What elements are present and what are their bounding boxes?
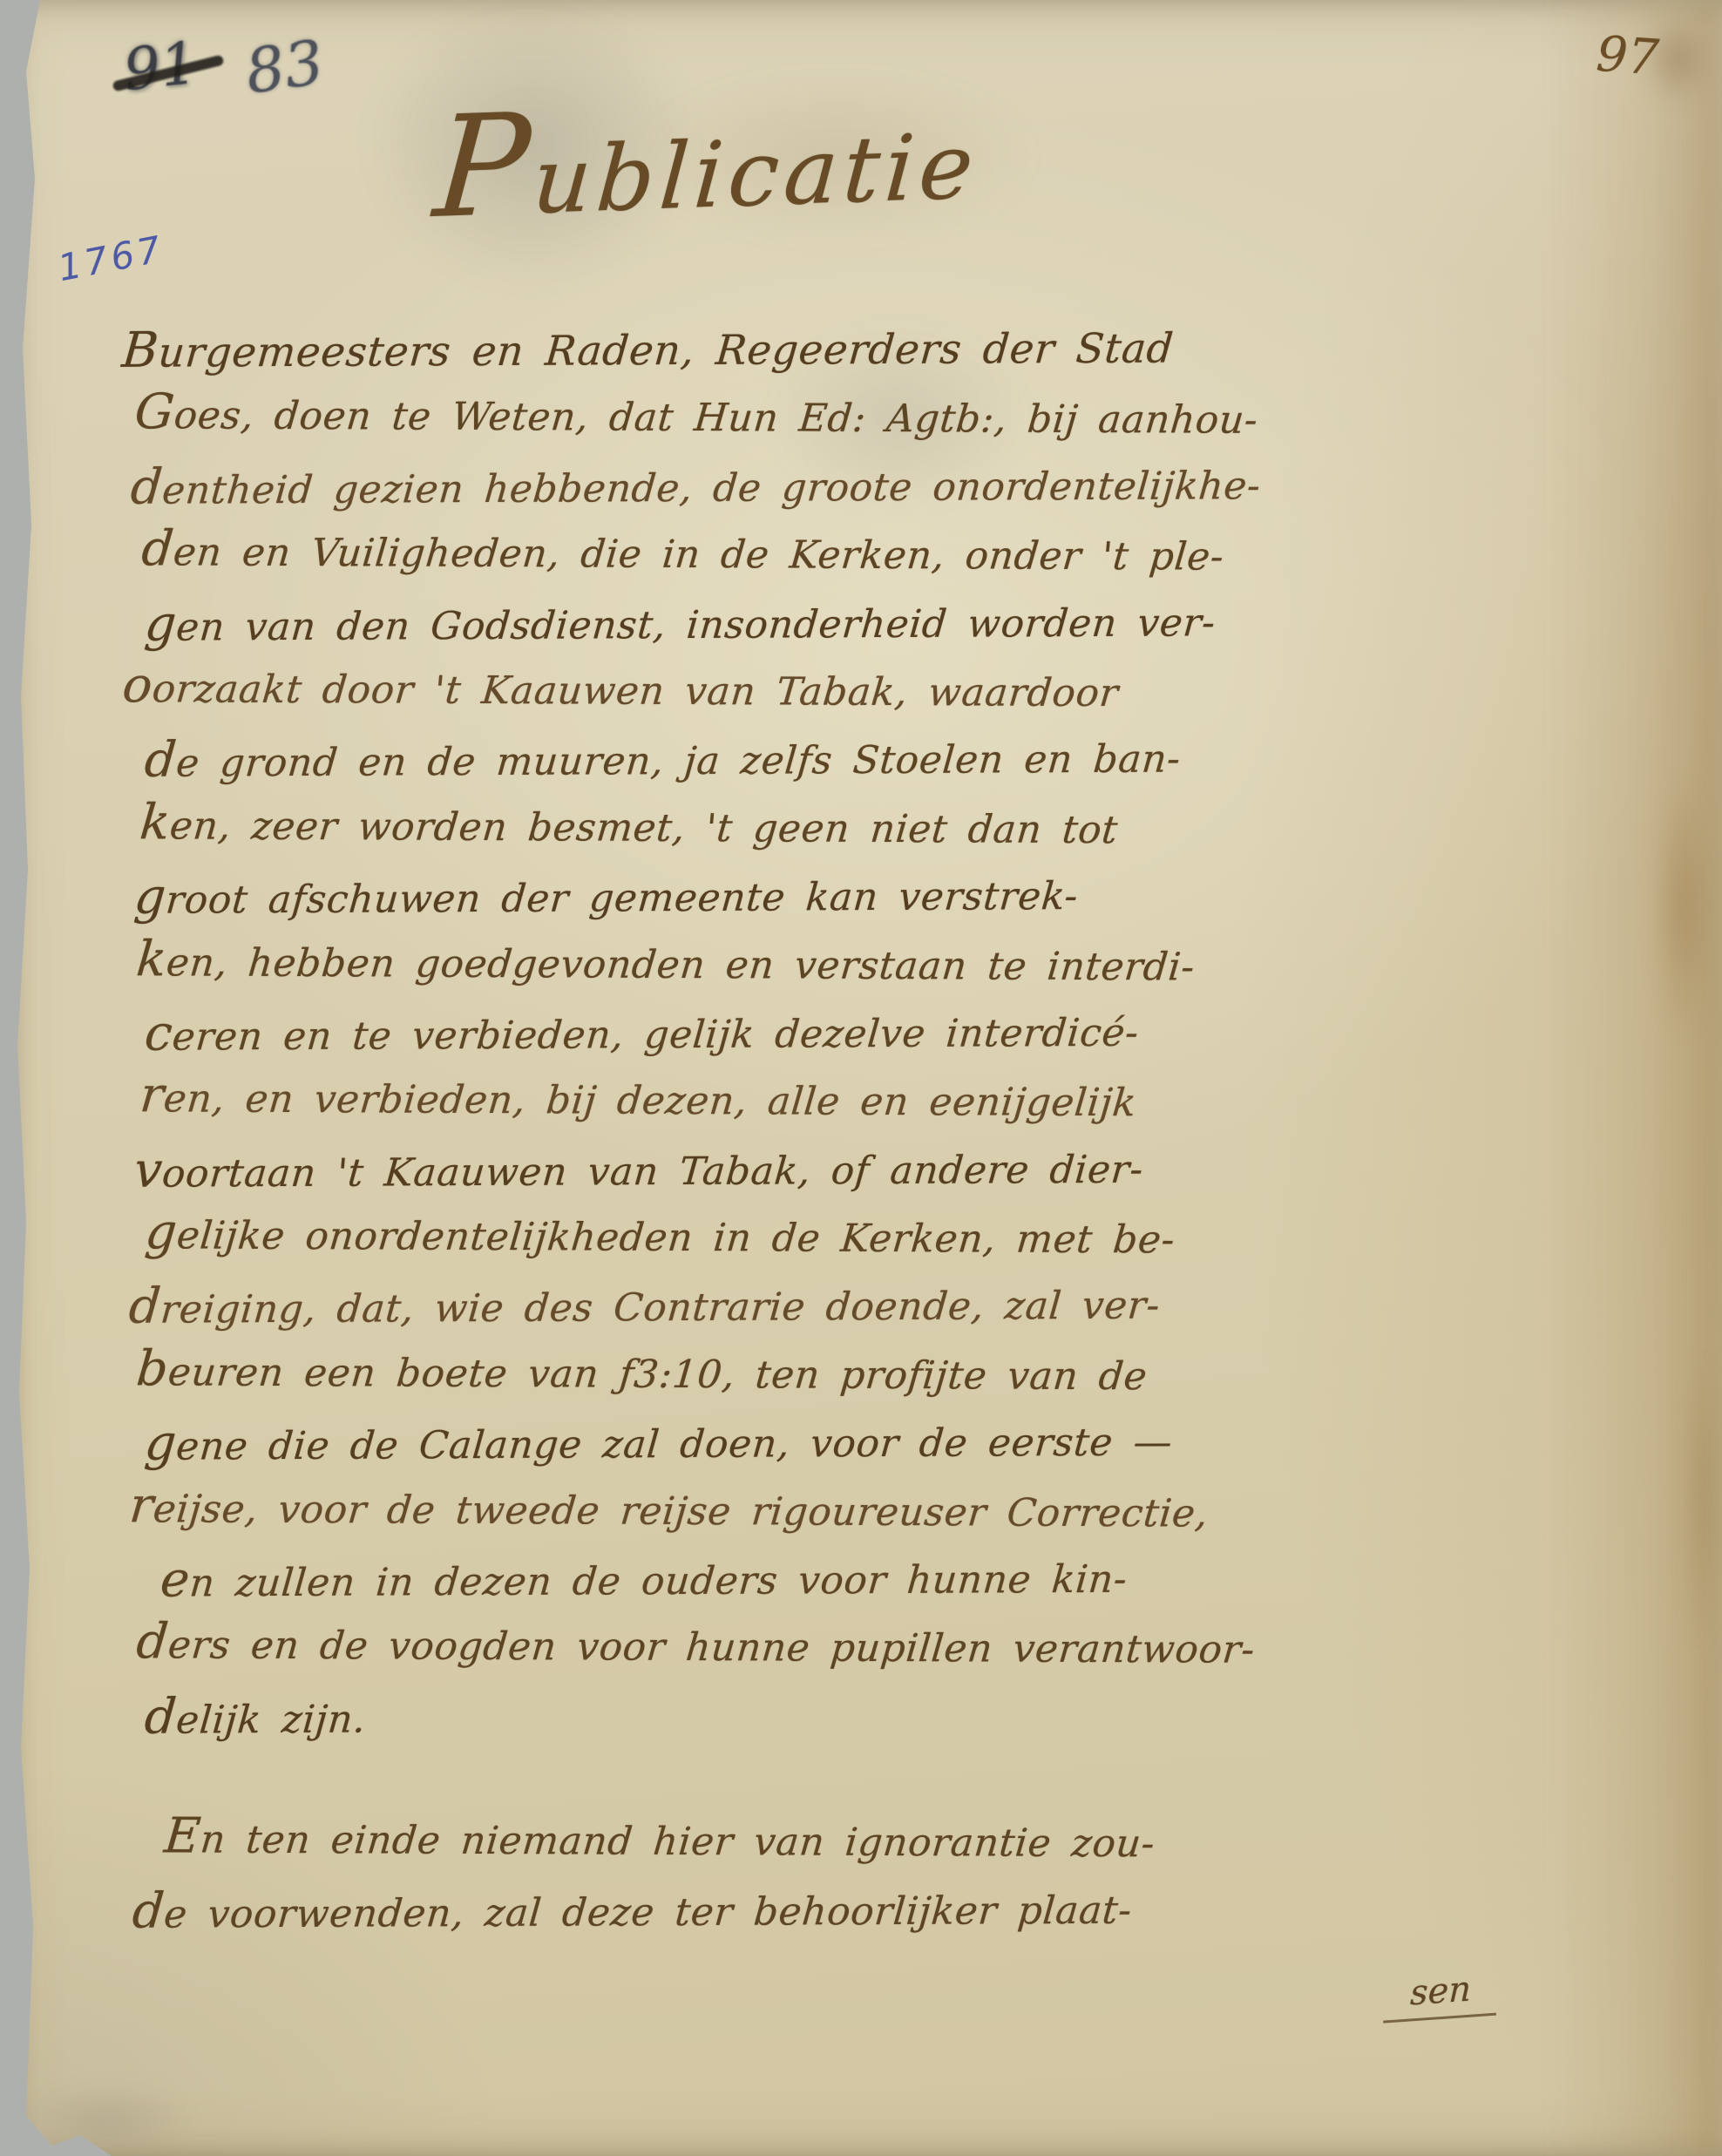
- folio-number: 97: [1595, 26, 1661, 87]
- manuscript-line: de grond en de muuren, ja zelfs Stoelen …: [119, 726, 1658, 801]
- manuscript-line: groot afschuwen der gemeente kan verstre…: [119, 862, 1658, 937]
- manuscript-line: dreiging, dat, wie des Contrarie doende,…: [119, 1272, 1658, 1347]
- manuscript-line: En ten einde niemand hier van ignorantie…: [119, 1807, 1659, 1882]
- year-annotation: 1767: [54, 227, 167, 290]
- manuscript-line: gelijke onordentelijkheden in de Kerken,…: [119, 1203, 1659, 1278]
- stain-bottom-left: [0, 1952, 366, 2156]
- manuscript-line: en zullen in dezen de ouders voor hunne …: [119, 1545, 1658, 1620]
- manuscript-line: Burgemeesters en Raden, Regeerders der S…: [119, 315, 1658, 390]
- manuscript-line: beuren een boete van ƒ3:10, ten profijte…: [119, 1340, 1659, 1415]
- manuscript-line: ken, hebben goedgevonden en verstaan te …: [119, 931, 1659, 1006]
- manuscript-line: ceren en te verbieden, gelijk dezelve in…: [119, 999, 1658, 1074]
- manuscript-line: ken, zeer worden besmet, 't geen niet da…: [119, 794, 1659, 869]
- manuscript-line: de voorwenden, zal deze ter behoorlijker…: [119, 1876, 1658, 1951]
- catchword: sen: [1383, 1967, 1498, 2023]
- manuscript-line: gene die de Calange zal doen, voor de ee…: [119, 1408, 1658, 1483]
- manuscript-line: delijk zijn.: [119, 1682, 1658, 1757]
- manuscript-body: Burgemeesters en Raden, Regeerders der S…: [122, 319, 1656, 1948]
- manuscript-line: den en Vuiligheden, die in de Kerken, on…: [119, 520, 1659, 595]
- manuscript-line: dentheid gezien hebbende, de groote onor…: [119, 452, 1658, 527]
- manuscript-line: ders en de voogden voor hunne pupillen v…: [119, 1614, 1659, 1689]
- manuscript-line: Goes, doen te Weten, dat Hun Ed: Agtb:, …: [119, 384, 1659, 459]
- manuscript-line: ren, en verbieden, bij dezen, alle en ee…: [119, 1067, 1659, 1142]
- manuscript-page: 91 83 97 1767 Publicatie Burgemeesters e…: [0, 0, 1722, 2156]
- page-title: Publicatie: [430, 112, 982, 238]
- manuscript-line: oorzaakt door 't Kaauwen van Tabak, waar…: [119, 657, 1659, 732]
- manuscript-line: gen van den Godsdienst, insonderheid wor…: [119, 589, 1658, 664]
- manuscript-line: reijse, voor de tweede reijse rigoureuse…: [119, 1477, 1659, 1552]
- manuscript-line: voortaan 't Kaauwen van Tabak, of andere…: [119, 1136, 1658, 1210]
- archival-number: 83: [241, 26, 329, 108]
